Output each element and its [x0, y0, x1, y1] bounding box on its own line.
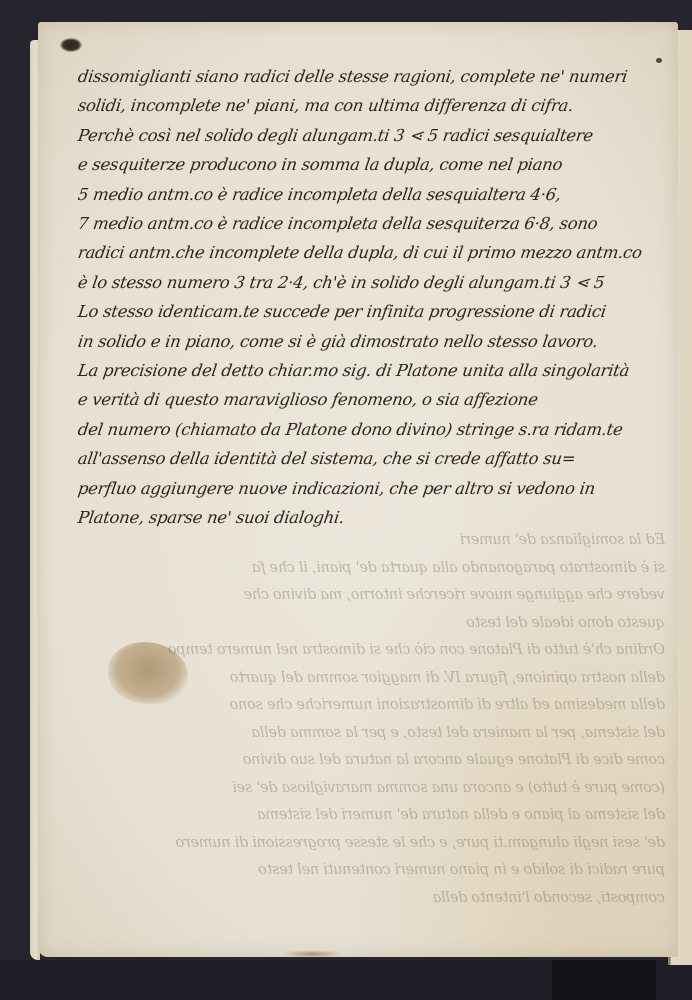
ink-blot: [60, 38, 82, 52]
text-line: e sesquiterze producono in somma la dupl…: [76, 150, 670, 179]
bleed-line: composti, secondo l'intento della: [80, 885, 665, 913]
bleed-line: della medesima ed altre di dimostrazioni…: [80, 692, 665, 720]
bleed-line: del sistema, per la maniera del testo, e…: [80, 720, 665, 748]
text-line: 7 medio antm.co è radice incompleta dell…: [76, 209, 670, 238]
text-line: Perchè così nel solido degli alungam.ti …: [76, 121, 670, 150]
scanner-backdrop-block: [552, 960, 656, 1000]
bleed-line: Ordina ch'è tutto di Platone con ciò che…: [80, 637, 665, 665]
bleed-line: come dice di Platone eguale ancora la na…: [80, 747, 665, 775]
bleed-line: (come pure è tutto) e ancora una somma m…: [80, 775, 665, 803]
text-line: e verità di questo maraviglioso fenomeno…: [76, 385, 670, 414]
text-line: La precisione del detto chiar.mo sig. di…: [76, 356, 670, 385]
bleed-line: della nostra opinione, figura IV. di mag…: [80, 665, 665, 693]
text-line: dissomiglianti siano radici delle stesse…: [76, 62, 670, 91]
text-line: del numero (chiamato da Platone dono div…: [76, 415, 670, 444]
bleed-line: de' sesi negli alungam.ti pure, e che le…: [80, 830, 665, 858]
edge-stain: [282, 950, 342, 958]
handwritten-text: dissomiglianti siano radici delle stesse…: [78, 62, 668, 533]
text-line: in solido e in piano, come si è già dimo…: [76, 327, 670, 356]
bleed-line: vedere che aggiunge nuove ricerche intor…: [80, 582, 665, 610]
text-line: perfluo aggiungere nuove indicazioni, ch…: [76, 474, 670, 503]
text-line: radici antm.che incomplete della dupla, …: [76, 238, 670, 267]
bleed-line: si è dimostrato paragonando alla quarta …: [80, 555, 665, 583]
text-line: Lo stesso identicam.te succede per infin…: [76, 297, 670, 326]
text-line: 5 medio antm.co è radice incompleta dell…: [76, 180, 670, 209]
text-line: solidi, incomplete ne' piani, ma con ult…: [76, 91, 670, 120]
text-line: è lo stesso numero 3 tra 2·4, ch'è in so…: [76, 268, 670, 297]
bleed-through-text: Ed la somiglianza de' numeri si è dimost…: [80, 527, 665, 912]
bleed-line: del sistema al piano e della natura de' …: [80, 802, 665, 830]
text-line: all'assenso della identità del sistema, …: [76, 444, 670, 473]
text-line: Platone, sparse ne' suoi dialoghi.: [76, 503, 670, 532]
bleed-line: questo dono ideale del testo: [80, 610, 665, 638]
bleed-line: pure radici di solido e in piano numeri …: [80, 857, 665, 885]
